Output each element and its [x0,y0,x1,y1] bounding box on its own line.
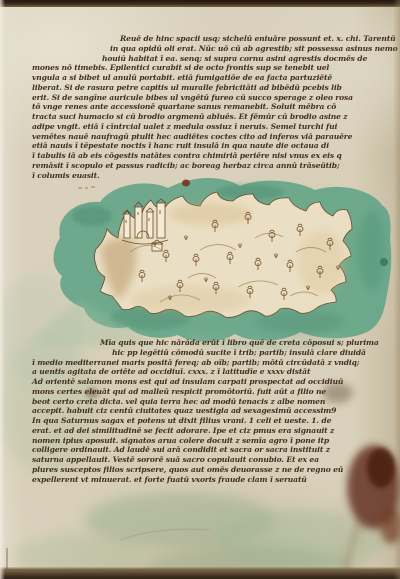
manuscript-text-line: liberat. Si de rasura petre capitis ul m… [32,83,392,93]
manuscript-text-line: Mīa quis que hic nārāda erūt ī libro quē… [100,338,394,348]
manuscript-text-line: colligere ordinauit. Ad laudē sui arā co… [32,445,394,455]
manuscript-text-line: erat. et ad dei similitudinē se fecit ad… [32,426,394,436]
manuscript-text-line: houiū habitat ī ea. senq; si supra cornu… [102,54,392,64]
manuscript-text-line: remāsit ī scopulo et passus radicib; ac … [32,161,392,171]
manuscript-text-line: Ad orientē salamon mons est qui ad insul… [32,377,394,387]
manuscript-text-line: ī tabulis iā ab eis cōgestis natātes con… [32,151,392,161]
page-edge-right [393,0,400,579]
manuscript-page: Reuē de hinc spacii usq; sichelū eniuāre… [0,0,400,579]
manuscript-text-line: saturna appellauit. Vestē sororē suā sac… [32,455,394,465]
manuscript-text-line: nomen ipius aposuit. signatos arua coler… [32,436,394,446]
page-edge-top [0,0,400,7]
manuscript-text-line: accepit. habuit ciz centū ciuitates quaz… [32,406,394,416]
manuscript-text-line: ī medio mediterranei maris positā fereq;… [32,358,394,368]
manuscript-text-line: hic pp legētiū cōmodū sucite ī trib; par… [112,348,394,358]
manuscript-text-line: plures susceptos filios scripsere, quos … [32,465,394,475]
manuscript-text-line: In qua Saturnus sagax et potens ut dixit… [32,416,394,426]
manuscript-text-line: tracta suci humacio si cū brodio argmenū… [32,112,392,122]
manuscript-text-line: mones nō timebis. Epilentici curabit si … [32,63,392,73]
manuscript-text-line: vngula a si bibet ul anulū portabit. eti… [32,73,392,83]
manuscript-text-line: adipe vngit. etiā ī cīntrcial ualet z me… [32,122,392,132]
manuscript-text-line: erit. Si de sangīne auricule bibes ul vn… [32,93,392,103]
manuscript-text-line: expellerent vt minuerat. et forte fuatū … [32,475,394,485]
manuscript-text-line: etiā nauis ī tēpestate noctis ī hanc rui… [32,141,392,151]
page-edge-bottom [0,570,400,579]
manuscript-text-line: in qua opidū oli erat. Nūc uō cū ab agre… [110,44,392,54]
manuscript-text-line: a uentis agitata de oriēte ad occidiuī. … [32,367,394,377]
manuscript-text-line: ī columis euasit. [32,171,392,181]
manuscript-text-line: Reuē de hinc spacii usq; sichelū eniuāre… [120,34,392,44]
page-edge-left [0,0,5,579]
manuscript-text-line: beot certo creta dicta. vel quia terra h… [32,397,394,407]
bottom-wash [7,492,385,579]
manuscript-text-line: vemētes nauē naufragū ptulit hec audiēte… [32,132,392,142]
lower-text-block: Mīa quis que hic nārāda erūt ī libro quē… [32,338,394,484]
upper-text-block: Reuē de hinc spacii usq; sichelū eniuāre… [32,34,392,180]
manuscript-text-line: mons certes eleuāt qui ad malleū respici… [32,387,394,397]
manuscript-text-line: tō vnge renes ante accessionē quartane s… [32,102,392,112]
